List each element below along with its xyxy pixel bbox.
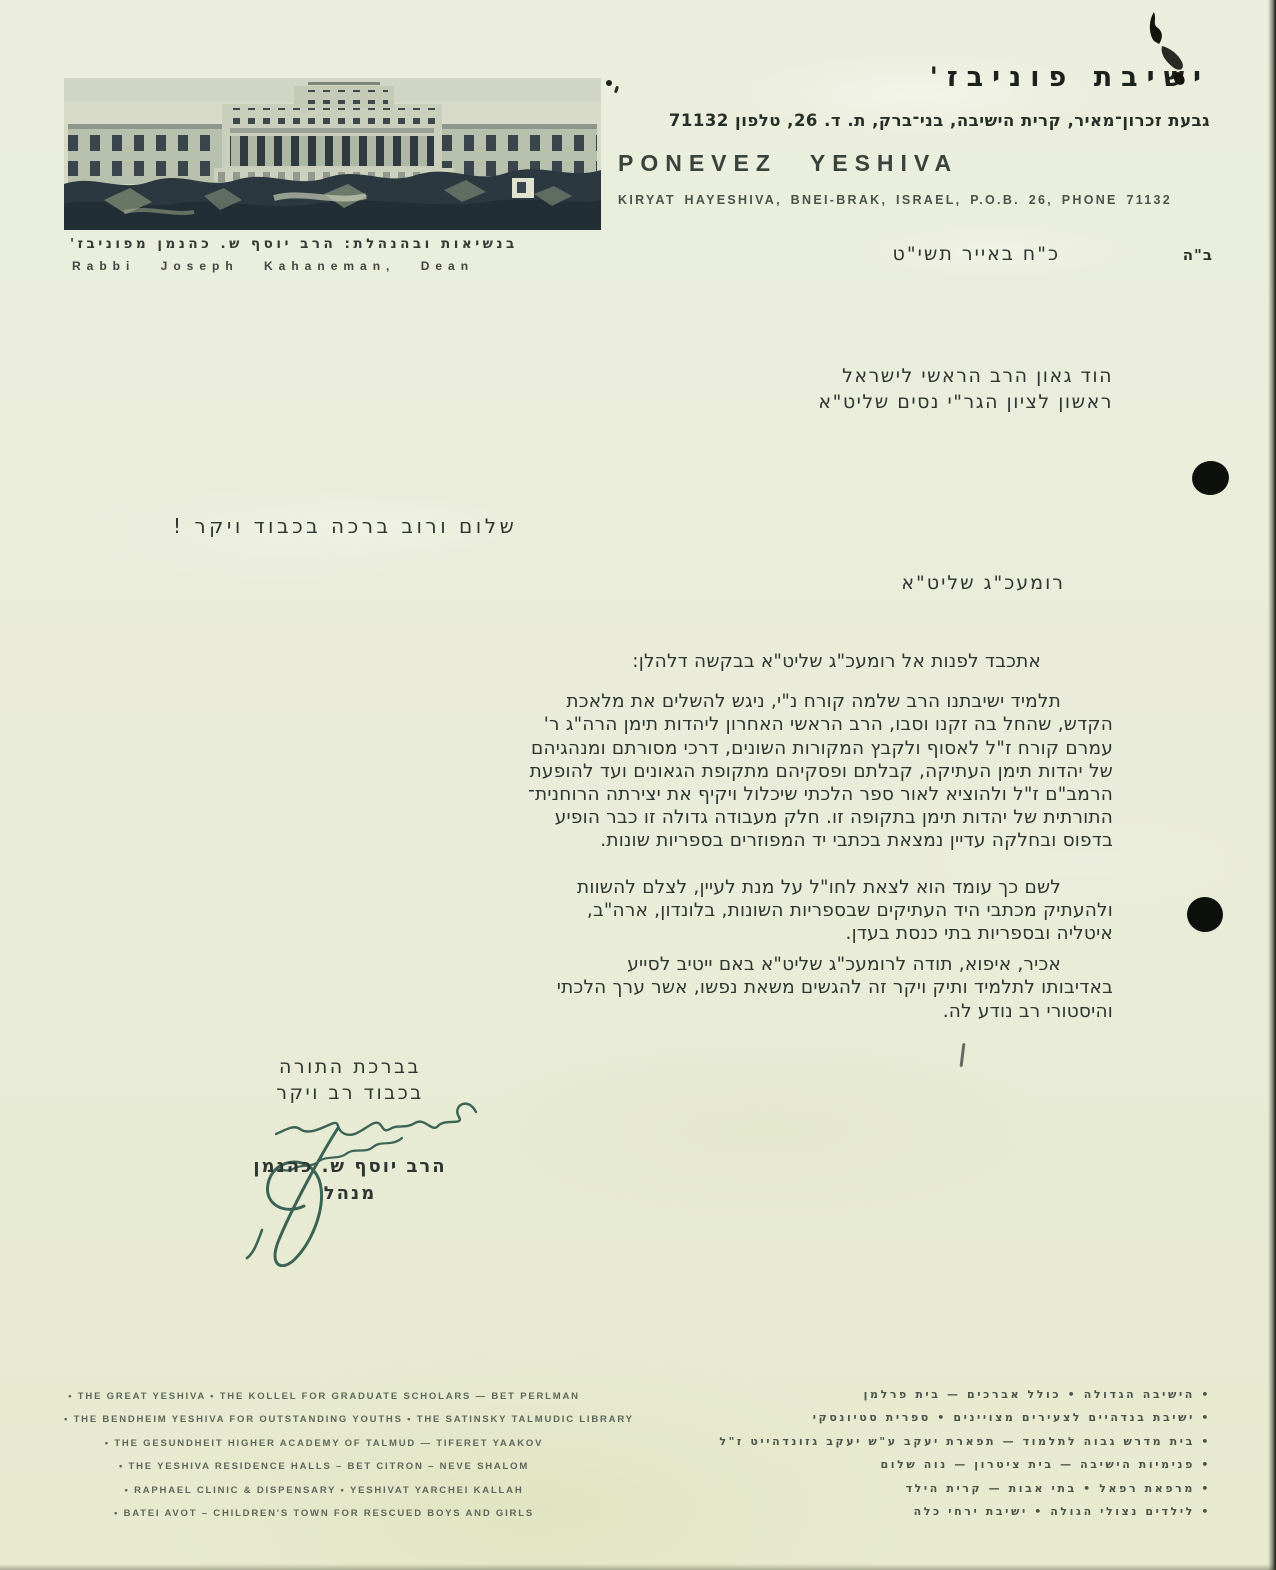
body-line: עמרם קורח ז"ל לאסוף ולקבץ המקורות השונים… (95, 737, 1113, 760)
footer-english-list: • THE GREAT YESHIVA • THE KOLLEL FOR GRA… (64, 1385, 584, 1525)
footer-line-he: • פנימיות הישיבה — בית ציטרון — נוה שלום (686, 1453, 1211, 1476)
footer-line-en: • THE BENDHEIM YESHIVA FOR OUTSTANDING Y… (64, 1408, 584, 1431)
closing-line-1: בברכת התורה (225, 1054, 475, 1080)
body-line: הרמב"ם ז"ל ולהוציא לאור ספר הלכתי שיכלול… (95, 783, 1113, 806)
footer-line-en: • THE YESHIVA RESIDENCE HALLS – BET CITR… (64, 1455, 584, 1478)
footer-line-en: • THE GESUNDHEIT HIGHER ACADEMY OF TALMU… (64, 1432, 584, 1455)
body-line: לשם כך עומד הוא לצאת לחו"ל על מנת לעיין,… (95, 876, 1113, 899)
letter-body: אתכבד לפנות אל רומעכ"ג שליט"א בבקשה דלהל… (95, 650, 1113, 1023)
footer-hebrew-list: • הישיבה הגדולה • כולל אברכים — בית פרלמ… (686, 1383, 1211, 1523)
yeshiva-building-photo (64, 78, 601, 230)
footer-line-he: • ישיבת בנדהיים לצעירים מצויינים • ספרית… (686, 1406, 1211, 1429)
pen-tick-mark (960, 1043, 966, 1067)
body-line: של יהדות תימן העתיקה, קבלתם ופסקיהם מתקו… (95, 760, 1113, 783)
hebrew-date: כ"ח באייר תשי"ט (893, 243, 1060, 265)
body-line: התורתית של יהדות תימן בתקופה זו. חלק מעב… (95, 806, 1113, 829)
footer-line-en: • BATEI AVOT – CHILDREN'S TOWN FOR RESCU… (64, 1502, 584, 1525)
signer-name: הרב יוסף ש. כהנמן (210, 1156, 490, 1177)
yeshiva-address-hebrew: גבעת זכרון־מאיר, קרית הישיבה, בני־ברק, ת… (669, 111, 1210, 130)
closing-block: בברכת התורה בכבוד רב ויקר (225, 1054, 475, 1106)
closing-line-2: בכבוד רב ויקר (225, 1080, 475, 1106)
body-opening-line: אתכבד לפנות אל רומעכ"ג שליט"א בבקשה דלהל… (95, 650, 1113, 673)
footer-line-en: • THE GREAT YESHIVA • THE KOLLEL FOR GRA… (64, 1385, 584, 1408)
body-line: אכיר, איפוא, תודה לרומעכ"ג שליט"א באם יי… (95, 953, 1113, 976)
footer-line-he: • מרפאת רפאל • בתי אבות — קרית הילד (686, 1477, 1211, 1500)
bh-mark: ב"ה (1183, 246, 1213, 264)
footer-line-en: • RAPHAEL CLINIC & DISPENSARY • YESHIVAT… (64, 1479, 584, 1502)
punch-hole-bottom (1184, 894, 1226, 935)
salutation-line: רומעכ"ג שליט"א (901, 572, 1065, 594)
body-line: בדפוס ובחלקה עדיין נמצאת בכתבי יד המפוזר… (95, 829, 1113, 852)
body-line: איטליה ובספריות בתי כנסת בעדן. (95, 922, 1113, 945)
addressee-line-1: הוד גאון הרב הראשי לישראל (818, 363, 1113, 389)
scan-edge-right (1268, 0, 1276, 1570)
scan-edge-bottom (0, 1564, 1276, 1570)
body-line: הקדש, שהחל בה זקנו וסבו, הרב הראשי האחרו… (95, 713, 1113, 736)
yeshiva-title-english: PONEVEZ YESHIVA (618, 150, 958, 177)
dean-line-hebrew: בנשיאות ובהנהלת: הרב יוסף ש. כהנמן מפוני… (70, 236, 518, 252)
body-line: תלמיד ישיבתנו הרב שלמה קורח נ"י, ניגש לה… (95, 690, 1113, 713)
footer-line-he: • לילדים נצולי הגולה • ישיבת ירחי כלה (686, 1500, 1211, 1523)
dean-line-english: Rabbi Joseph Kahaneman, Dean (72, 259, 474, 273)
body-line: ולהעתיק מכתבי היד העתיקים שבספריות השונו… (95, 899, 1113, 922)
ink-splotch (1132, 6, 1204, 94)
yeshiva-address-english: KIRYAT HAYESHIVA, BNEI-BRAK, ISRAEL, P.O… (618, 193, 1172, 207)
letter-page: ישיבת פוניבז' גבעת זכרון־מאיר, קרית הישי… (0, 0, 1276, 1570)
addressee-block: הוד גאון הרב הראשי לישראל ראשון לציון הג… (818, 363, 1113, 415)
title-ornament-dot (606, 80, 612, 86)
footer-line-he: • בית מדרש גבוה לתלמוד — תפארת יעקב ע"ש … (686, 1430, 1211, 1453)
body-line: באדיבותו לתלמיד ותיק ויקר זה להגשים משאת… (95, 976, 1113, 999)
body-line: והיסטורי רב נודע לה. (95, 1000, 1113, 1023)
addressee-line-2: ראשון לציון הגר"י נסים שליט"א (818, 389, 1113, 415)
signer-role: מנהל (210, 1183, 490, 1204)
punch-hole-top (1190, 459, 1231, 498)
greeting-line: שלום ורוב ברכה בכבוד ויקר ! (173, 514, 517, 538)
footer-line-he: • הישיבה הגדולה • כולל אברכים — בית פרלמ… (686, 1383, 1211, 1406)
